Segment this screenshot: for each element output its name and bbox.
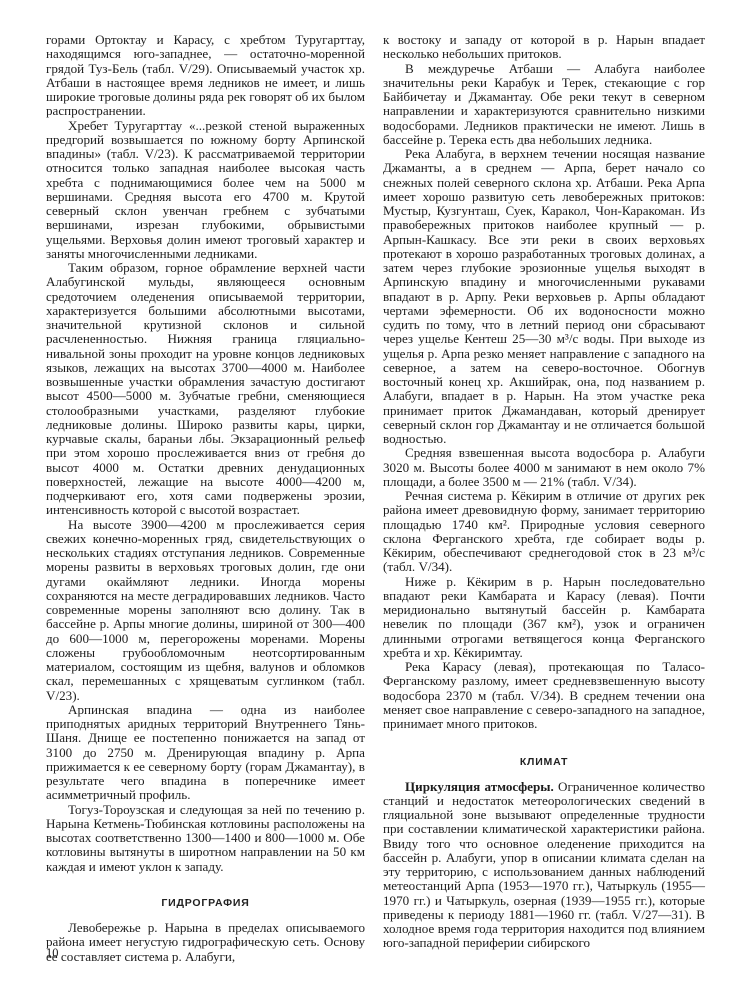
section-heading-hydrography: ГИДРОГРАФИЯ (46, 896, 365, 910)
section-heading-climate: КЛИМАТ (383, 755, 705, 769)
paragraph-lead: Циркуляция атмосферы. (405, 779, 554, 794)
paragraph: На высоте 3900—4200 м прослеживается сер… (46, 518, 365, 703)
paragraph: Ниже р. Кёкирим в р. Нарын последователь… (383, 575, 705, 661)
paragraph: Река Карасу (левая), протекающая по Тала… (383, 660, 705, 731)
left-column: горами Ортоктау и Карасу, с хребтом Туру… (46, 33, 365, 964)
paragraph: Хребет Туругарттау «...резкой стеной выр… (46, 119, 365, 262)
paragraph: Таким образом, горное обрамление верхней… (46, 261, 365, 518)
paragraph: Тогуз-Тороузская и следующая за ней по т… (46, 803, 365, 874)
page-number: 10 (46, 946, 59, 961)
paragraph: Циркуляция атмосферы. Ограниченное колич… (383, 780, 705, 951)
paragraph: к востоку и западу от которой в р. Нарын… (383, 33, 705, 62)
paragraph-text: Ограниченное количество станций и недост… (383, 779, 705, 951)
paragraph: В междуречье Атбаши — Алабуга наиболее з… (383, 62, 705, 148)
book-page: горами Ортоктау и Карасу, с хребтом Туру… (0, 0, 751, 1000)
paragraph: Речная система р. Кёкирим в отличие от д… (383, 489, 705, 575)
paragraph: Левобережье р. Нарына в пределах описыва… (46, 921, 365, 964)
paragraph: горами Ортоктау и Карасу, с хребтом Туру… (46, 33, 365, 119)
paragraph: Река Алабуга, в верхнем течении носящая … (383, 147, 705, 446)
right-column: к востоку и западу от которой в р. Нарын… (383, 33, 705, 951)
paragraph: Средняя взвешенная высота водосбора р. А… (383, 446, 705, 489)
paragraph: Арпинская впадина — одна из наиболее при… (46, 703, 365, 803)
